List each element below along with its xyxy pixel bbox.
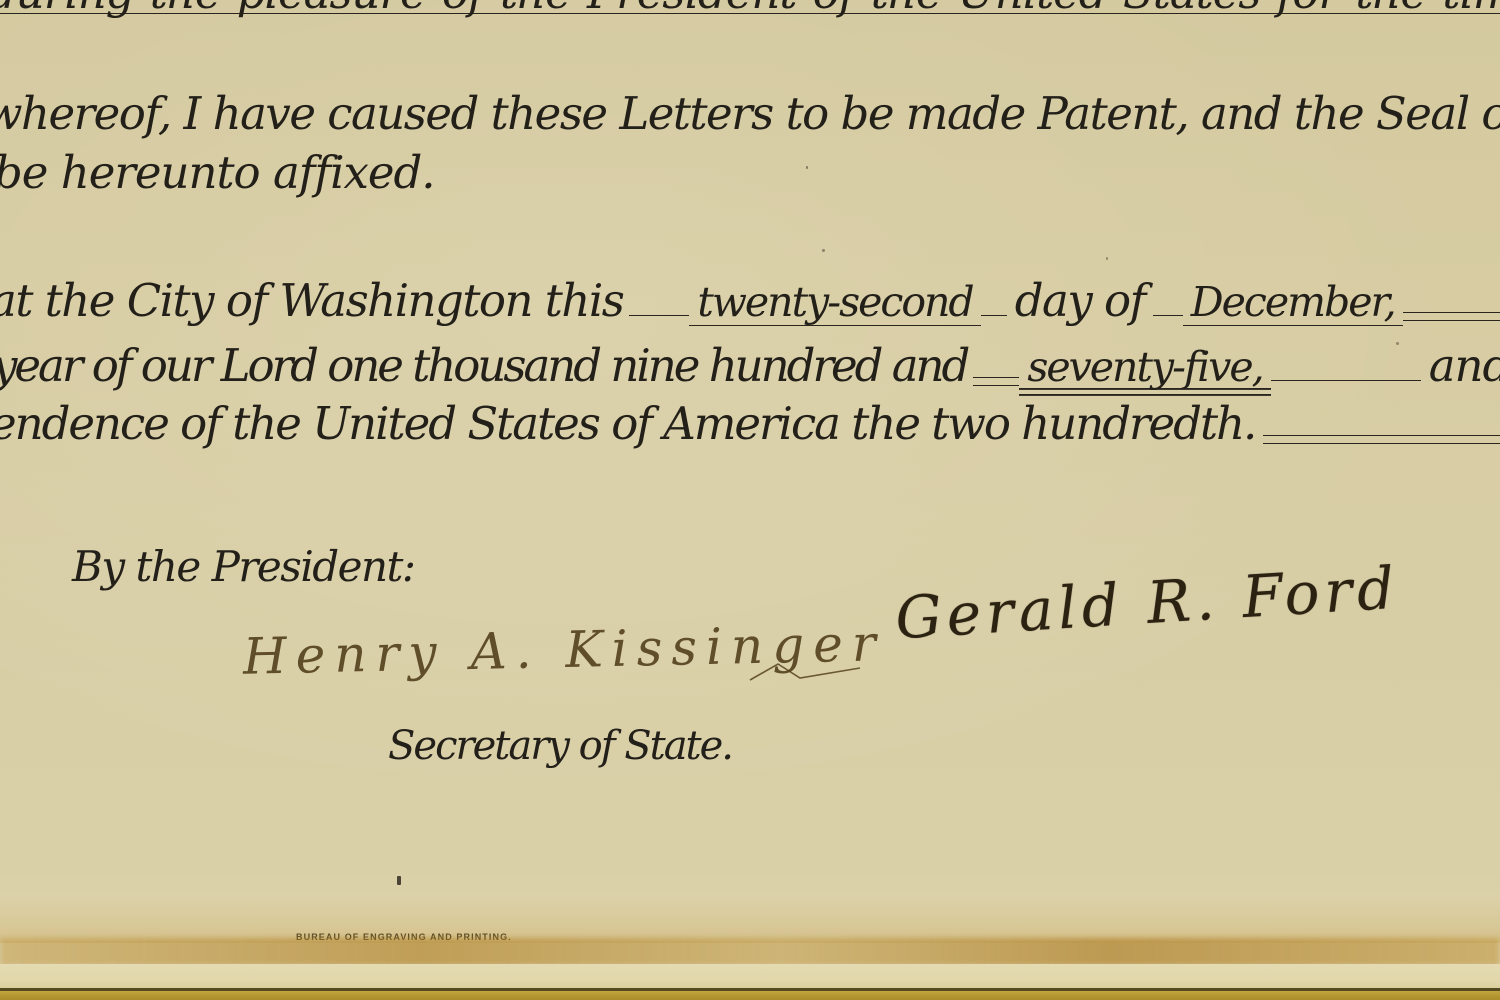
fill-in-rule bbox=[1271, 378, 1421, 381]
line-testimony-1: whereof, I have caused these Letters to … bbox=[0, 91, 1500, 136]
year-suffix-text: and of the bbox=[1421, 343, 1500, 388]
paper-speck bbox=[1396, 342, 1399, 345]
line-given-at-washington: at the City of Washington this twenty-se… bbox=[0, 278, 1500, 326]
paper-speck bbox=[1106, 257, 1108, 260]
letters-patent-document-photo: during the pleasure of the President of … bbox=[0, 0, 1500, 1000]
by-the-president-label: By the President: bbox=[72, 546, 415, 588]
fill-in-rule bbox=[1153, 313, 1183, 316]
testimony-text-1: whereof, I have caused these Letters to … bbox=[0, 91, 1500, 136]
year-value-text: seventy-five, bbox=[1019, 347, 1270, 396]
blank-rule-double bbox=[1403, 312, 1500, 321]
day-value-text: twenty-second bbox=[689, 282, 980, 326]
testimony-text-2: be hereunto affixed. bbox=[0, 150, 435, 195]
given-prefix-text: at the City of Washington this bbox=[0, 278, 623, 323]
line-independence: endence of the United States of America … bbox=[0, 401, 1500, 446]
gold-frame-edge bbox=[0, 991, 1500, 1000]
blank-rule-double bbox=[973, 377, 1019, 386]
by-the-president-text: By the President: bbox=[72, 546, 415, 588]
paper-aging-gradient bbox=[0, 895, 1500, 943]
line-testimony-2: be hereunto affixed. bbox=[0, 150, 435, 195]
blank-rule-double bbox=[1263, 435, 1500, 444]
president-signature: Gerald R. Ford bbox=[894, 559, 1401, 648]
secretary-of-state-text: Secretary of State. bbox=[388, 726, 732, 766]
line-tenure-fragment: during the pleasure of the President of … bbox=[0, 0, 1500, 15]
paper-speck bbox=[806, 166, 808, 169]
tenure-fragment-text: during the pleasure of the President of … bbox=[0, 0, 1500, 15]
year-prefix-text: year of our Lord one thousand nine hundr… bbox=[0, 343, 967, 388]
day-of-label-text: day of bbox=[1007, 278, 1153, 323]
secretary-of-state-label: Secretary of State. bbox=[388, 726, 732, 766]
month-value-text: December, bbox=[1183, 282, 1403, 326]
ink-mark bbox=[397, 876, 401, 885]
independence-text: endence of the United States of America … bbox=[0, 401, 1255, 446]
paper-bottom-strip bbox=[0, 964, 1500, 988]
fill-in-rule bbox=[629, 313, 689, 316]
paper-speck bbox=[822, 249, 825, 252]
paper-stain-band bbox=[0, 938, 1500, 966]
line-year-of-our-lord: year of our Lord one thousand nine hundr… bbox=[0, 343, 1500, 396]
fill-in-rule bbox=[981, 313, 1007, 316]
signature-flourish-stroke bbox=[748, 658, 868, 686]
